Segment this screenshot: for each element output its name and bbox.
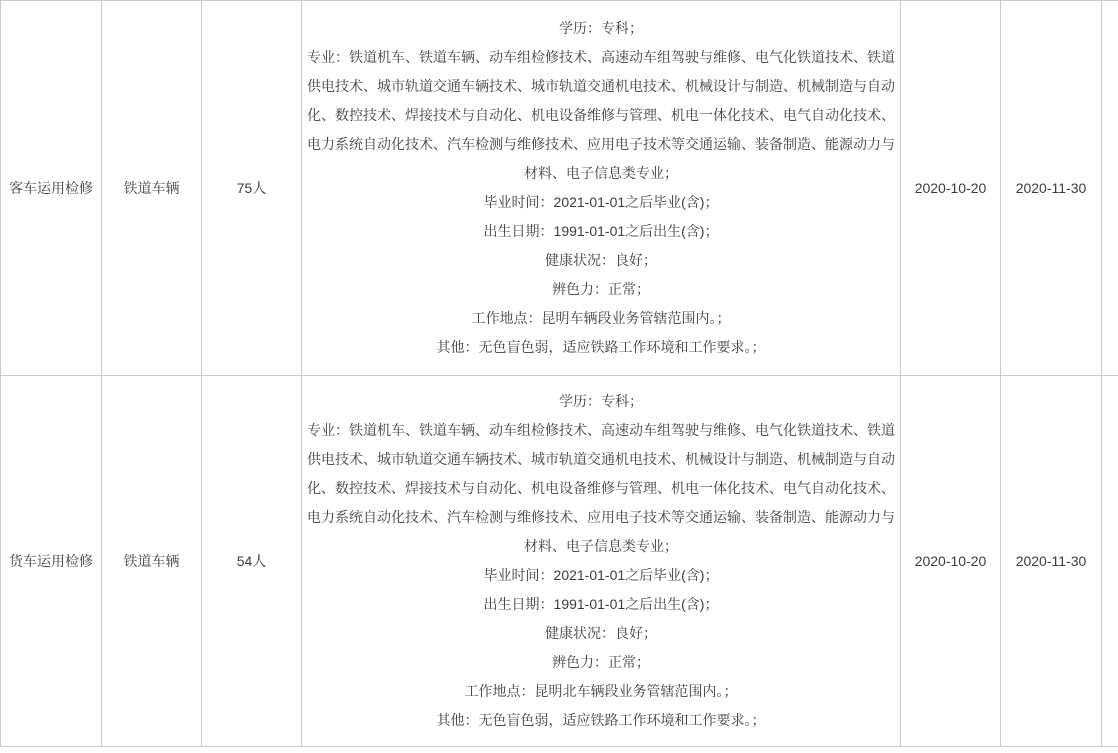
headcount-cell: 54人 [202, 376, 302, 747]
requirement-graduation: 毕业时间：2021-01-01之后毕业(含)； [302, 561, 900, 590]
requirement-graduation: 毕业时间：2021-01-01之后毕业(含)； [302, 188, 900, 217]
requirement-majors: 专业：铁道机车、铁道车辆、动车组检修技术、高速动车组驾驶与维修、电气化铁道技术、… [302, 416, 900, 561]
cutoff-column-cell [1102, 376, 1118, 747]
category-cell: 铁道车辆 [102, 376, 202, 747]
requirement-birth-date: 出生日期：1991-01-01之后出生(含)； [302, 217, 900, 246]
table-row-passenger-car: 客车运用检修 铁道车辆 75人 学历：专科； 专业：铁道机车、铁道车辆、动车组检… [1, 1, 1118, 376]
requirement-color-vision: 辨色力：正常； [302, 275, 900, 304]
category-cell: 铁道车辆 [102, 1, 202, 376]
start-date-cell: 2020-10-20 [901, 1, 1001, 376]
cutoff-column-cell [1102, 1, 1118, 376]
headcount-cell: 75人 [202, 1, 302, 376]
requirement-work-location: 工作地点：昆明车辆段业务管辖范围内。； [302, 304, 900, 333]
requirement-work-location: 工作地点：昆明北车辆段业务管辖范围内。； [302, 677, 900, 706]
requirement-health: 健康状况：良好； [302, 246, 900, 275]
requirement-other: 其他：无色盲色弱，适应铁路工作环境和工作要求。； [302, 706, 900, 735]
requirements-cell: 学历：专科； 专业：铁道机车、铁道车辆、动车组检修技术、高速动车组驾驶与维修、电… [302, 376, 901, 747]
end-date-cell: 2020-11-30 [1001, 1, 1102, 376]
table-row-freight-car: 货车运用检修 铁道车辆 54人 学历：专科； 专业：铁道机车、铁道车辆、动车组检… [1, 376, 1118, 747]
requirement-birth-date: 出生日期：1991-01-01之后出生(含)； [302, 590, 900, 619]
requirements-cell: 学历：专科； 专业：铁道机车、铁道车辆、动车组检修技术、高速动车组驾驶与维修、电… [302, 1, 901, 376]
requirement-education: 学历：专科； [302, 14, 900, 43]
position-cell: 客车运用检修 [1, 1, 102, 376]
end-date-cell: 2020-11-30 [1001, 376, 1102, 747]
requirement-other: 其他：无色盲色弱，适应铁路工作环境和工作要求。； [302, 333, 900, 362]
requirement-color-vision: 辨色力：正常； [302, 648, 900, 677]
requirement-health: 健康状况：良好； [302, 619, 900, 648]
start-date-cell: 2020-10-20 [901, 376, 1001, 747]
position-cell: 货车运用检修 [1, 376, 102, 747]
requirement-majors: 专业：铁道机车、铁道车辆、动车组检修技术、高速动车组驾驶与维修、电气化铁道技术、… [302, 43, 900, 188]
recruitment-table: 客车运用检修 铁道车辆 75人 学历：专科； 专业：铁道机车、铁道车辆、动车组检… [0, 0, 1118, 747]
requirement-education: 学历：专科； [302, 387, 900, 416]
